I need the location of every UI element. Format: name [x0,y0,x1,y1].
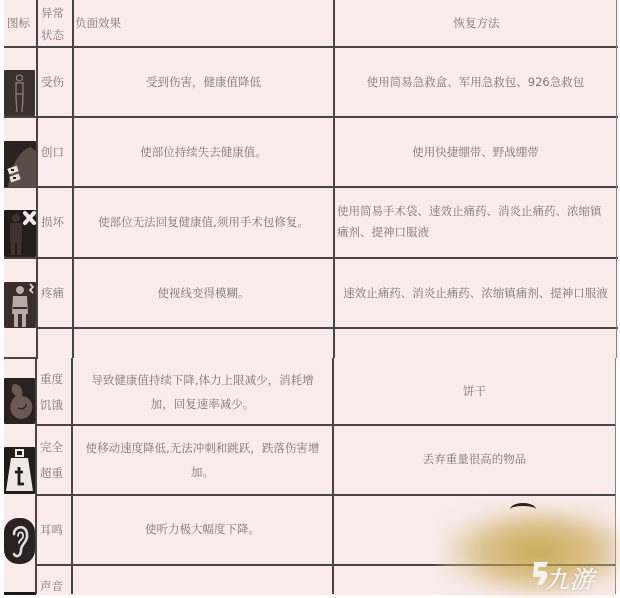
broken-limb-x-icon [4,210,36,257]
header-effect: 负面效果 [73,0,334,47]
recovery-cell: 使用快捷绷带、野战绷带 [335,117,616,187]
effect-cell: 使视线变得模糊。 [74,258,333,328]
effect-cell: 使移动速度降低,无法冲刺和跳跃，跌落伤害增加。 [73,425,332,494]
status-line2: 超重 [40,460,63,486]
effect-cell: 使听力极大幅度下降。 [73,495,332,564]
status-cell: 疼痛 [38,258,72,328]
effect-cell: 导致健康值持续下降,体力上限减少，消耗增加，回复速率减少。 [73,358,332,425]
injured-figure-icon [4,70,35,116]
status-cell: 受伤 [38,47,72,117]
ear-tinnitus-icon [4,518,35,564]
header-icon: 图标 [3,0,37,47]
effect-cell: 使部位持续失去健康值。 [74,117,333,187]
recovery-cell: 速效止痛药、消炎止痛药、浓缩镇痛剂、提神口服液 [335,258,616,328]
header-status-line1: 异常 [41,2,64,24]
status-line1: 重度 [40,366,63,392]
pain-figure-icon [4,282,36,328]
header-status-line2: 状态 [41,24,64,46]
status-cell: 耳鸣 [37,495,71,564]
header-recovery: 恢复方法 [336,0,617,47]
grid-line [616,0,617,358]
effect-cell: 使部位无法回复健康值,须用手术包修复。 [74,187,333,257]
weight-overload-icon [4,447,35,494]
watermark-arc [510,503,536,516]
recovery-cell: 饼干 [334,358,615,425]
watermark-text: 九游 [545,560,595,595]
status-cell: 重度 饥饿 [37,358,71,425]
recovery-cell: 丢弃重量很高的物品 [334,425,615,494]
recovery-cell: 使用简易手术袋、速效止痛药、消炎止痛药、浓缩镇痛剂、提神口服液 [335,187,616,257]
status-line1: 完全 [40,434,63,460]
empty-row [74,329,616,357]
effect-cell: 受到伤害，健康值降低 [74,47,333,117]
bleeding-wound-icon [4,141,36,187]
status-line2: 饥饿 [40,392,63,418]
recovery-cell: 使用简易急救盒、军用急救包、926急救包 [335,47,616,117]
status-cell: 损坏 [38,187,72,257]
grid-line [4,357,38,359]
header-status: 异常 状态 [38,0,73,47]
stomach-hunger-icon [4,378,35,424]
status-cell: 创口 [38,117,72,187]
status-cell: 完全 超重 [37,425,71,494]
